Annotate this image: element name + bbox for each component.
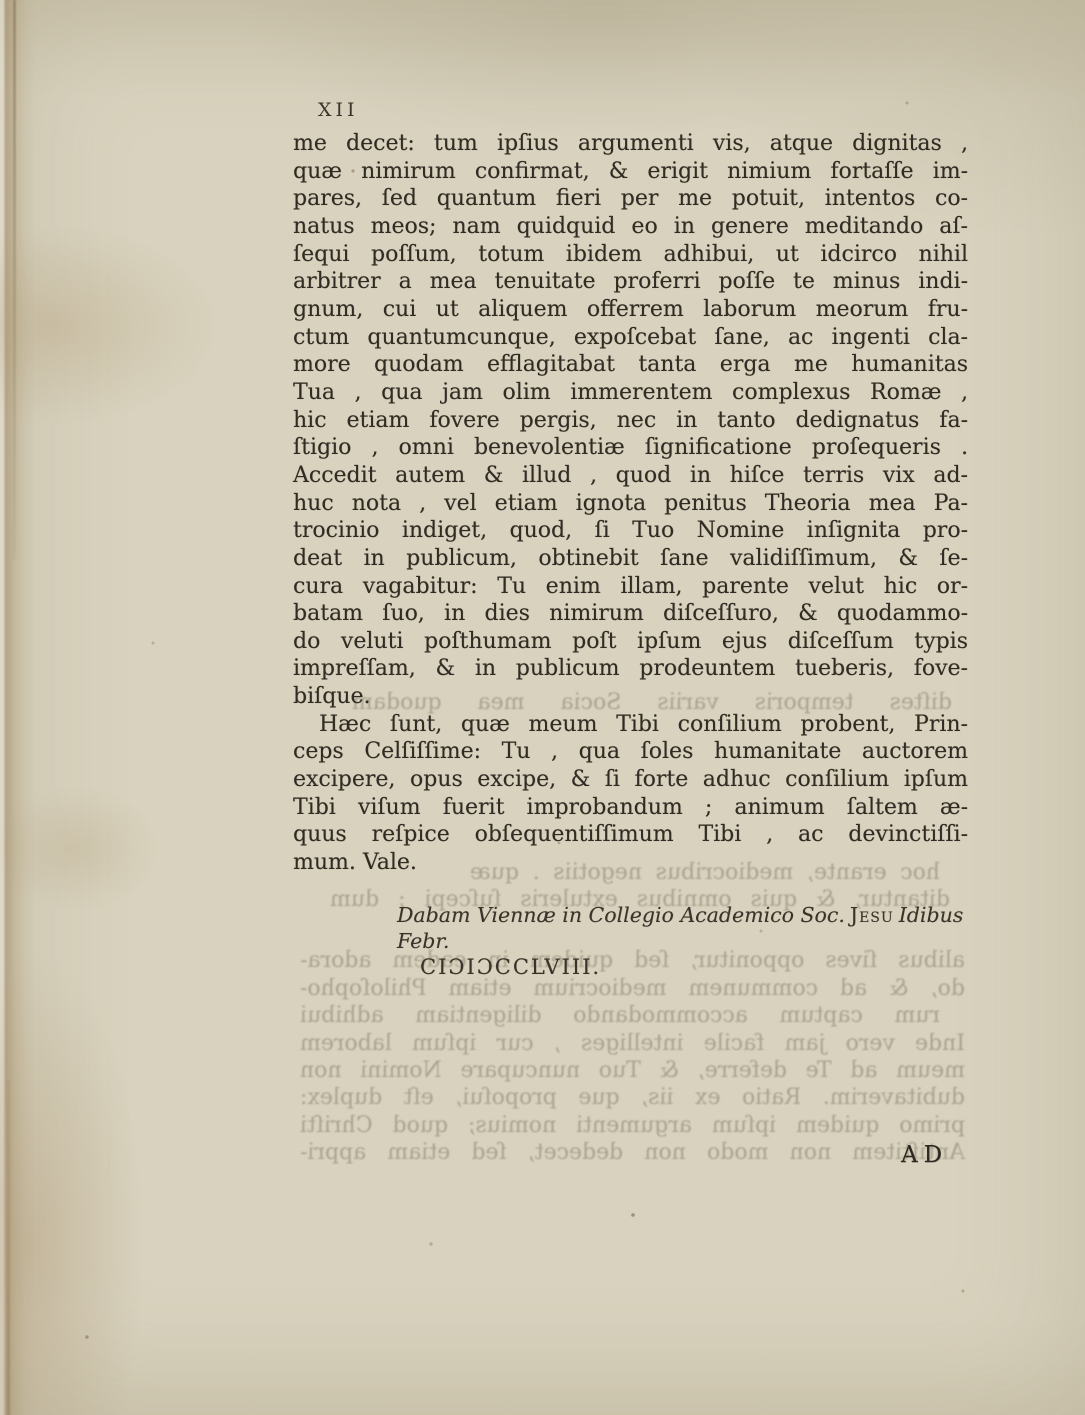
show-through-line: Inde vero jam facile intelliges , cur ip… xyxy=(300,1031,965,1057)
text-line: Accedit autem & illud , quod in hiſce te… xyxy=(293,462,968,490)
text-line: ſequi poſſum, totum ibidem adhibui, ut i… xyxy=(293,241,968,269)
text-line: huc nota , vel etiam ignota penitus Theo… xyxy=(293,490,968,518)
text-line: impreſſam, & in publicum prodeuntem tueb… xyxy=(293,655,968,683)
text-line: ctum quantumcunque, expoſcebat ſane, ac … xyxy=(293,324,968,352)
text-line: more quodam efflagitabat tanta erga me h… xyxy=(293,351,968,379)
dateline-jesu: Jesu xyxy=(850,903,894,927)
text-line: ceps Celſiſſime: Tu , qua ſoles humanita… xyxy=(293,738,968,766)
text-line: excipere, opus excipe, & ſi forte adhuc … xyxy=(293,766,968,794)
text-line: do veluti poſthumam poſt ipſum ejus diſc… xyxy=(293,628,968,656)
text-line: biſque. xyxy=(293,683,968,711)
text-line: Tua , qua jam olim immerentem complexus … xyxy=(293,379,968,407)
dateline: Dabam Viennæ in Collegio Academico Soc.J… xyxy=(293,902,993,980)
paragraph-continuation: me decet: tum ipſius argumenti vis, atqu… xyxy=(293,130,968,711)
gutter-crease-bottom xyxy=(7,1080,10,1415)
text-line: Tibi viſum fuerit improbandum ; animum ſ… xyxy=(293,794,968,822)
paragraph-closing: Hæc ſunt, quæ meum Tibi conſilium proben… xyxy=(293,711,968,877)
text-line: arbitrer a mea tenuitate proferri poſſe … xyxy=(293,268,968,296)
text-line: Hæc ſunt, quæ meum Tibi conſilium proben… xyxy=(293,711,968,739)
text-line: natus meos; nam quidquid eo in genere me… xyxy=(293,213,968,241)
show-through-line: meum ad Te deferre, & Tuo nuncupare Nomi… xyxy=(300,1058,965,1084)
text-line: hic etiam fovere pergis, nec in tanto de… xyxy=(293,407,968,435)
dateline-place-date: Dabam Viennæ in Collegio Academico Soc.J… xyxy=(397,902,993,954)
paper-speckles xyxy=(0,0,2,2)
gutter-crease-top xyxy=(13,0,16,560)
catchword: AD xyxy=(901,1142,948,1168)
text-line: me decet: tum ipſius argumenti vis, atqu… xyxy=(293,130,968,158)
book-page: diſtes temporis variis Socia mea quodamh… xyxy=(0,0,1085,1415)
text-block: me decet: tum ipſius argumenti vis, atqu… xyxy=(293,130,968,877)
text-line: deat in publicum, obtinebit ſane validiſ… xyxy=(293,545,968,573)
show-through-line: primo quidem ipſum argumenti nomius; quo… xyxy=(300,1113,965,1139)
dateline-part1: Dabam Viennæ in Collegio Academico Soc. xyxy=(397,903,845,927)
text-line: quæ nimirum confirmat, & erigit nimium f… xyxy=(293,158,968,186)
text-line: gnum, cui ut aliquem offerrem laborum me… xyxy=(293,296,968,324)
show-through-line: rum captum accommodando diligentiam adhi… xyxy=(300,1003,940,1029)
page-number: XII xyxy=(318,99,359,121)
text-line: batam ſuo, in dies nimirum diſceſſuro, &… xyxy=(293,600,968,628)
text-line: ſtigio , omni benevolentiæ ſignification… xyxy=(293,434,968,462)
text-line: quus reſpice obſequentiſſimum Tibi , ac … xyxy=(293,821,968,849)
dateline-year-roman: CIƆIƆCCLVIII. xyxy=(420,954,993,980)
text-line: mum. Vale. xyxy=(293,849,968,877)
text-line: trocinio indiget, quod, ſi Tuo Nomine in… xyxy=(293,517,968,545)
text-line: cura vagabitur: Tu enim illam, parente v… xyxy=(293,573,968,601)
show-through-line: Antiſtitem non modo non dedecet, ſed eti… xyxy=(300,1140,965,1166)
text-line: pares, ſed quantum fieri per me potuit, … xyxy=(293,185,968,213)
show-through-line: dubitaverim. Ratio ex iis, que propoſui,… xyxy=(300,1085,965,1111)
